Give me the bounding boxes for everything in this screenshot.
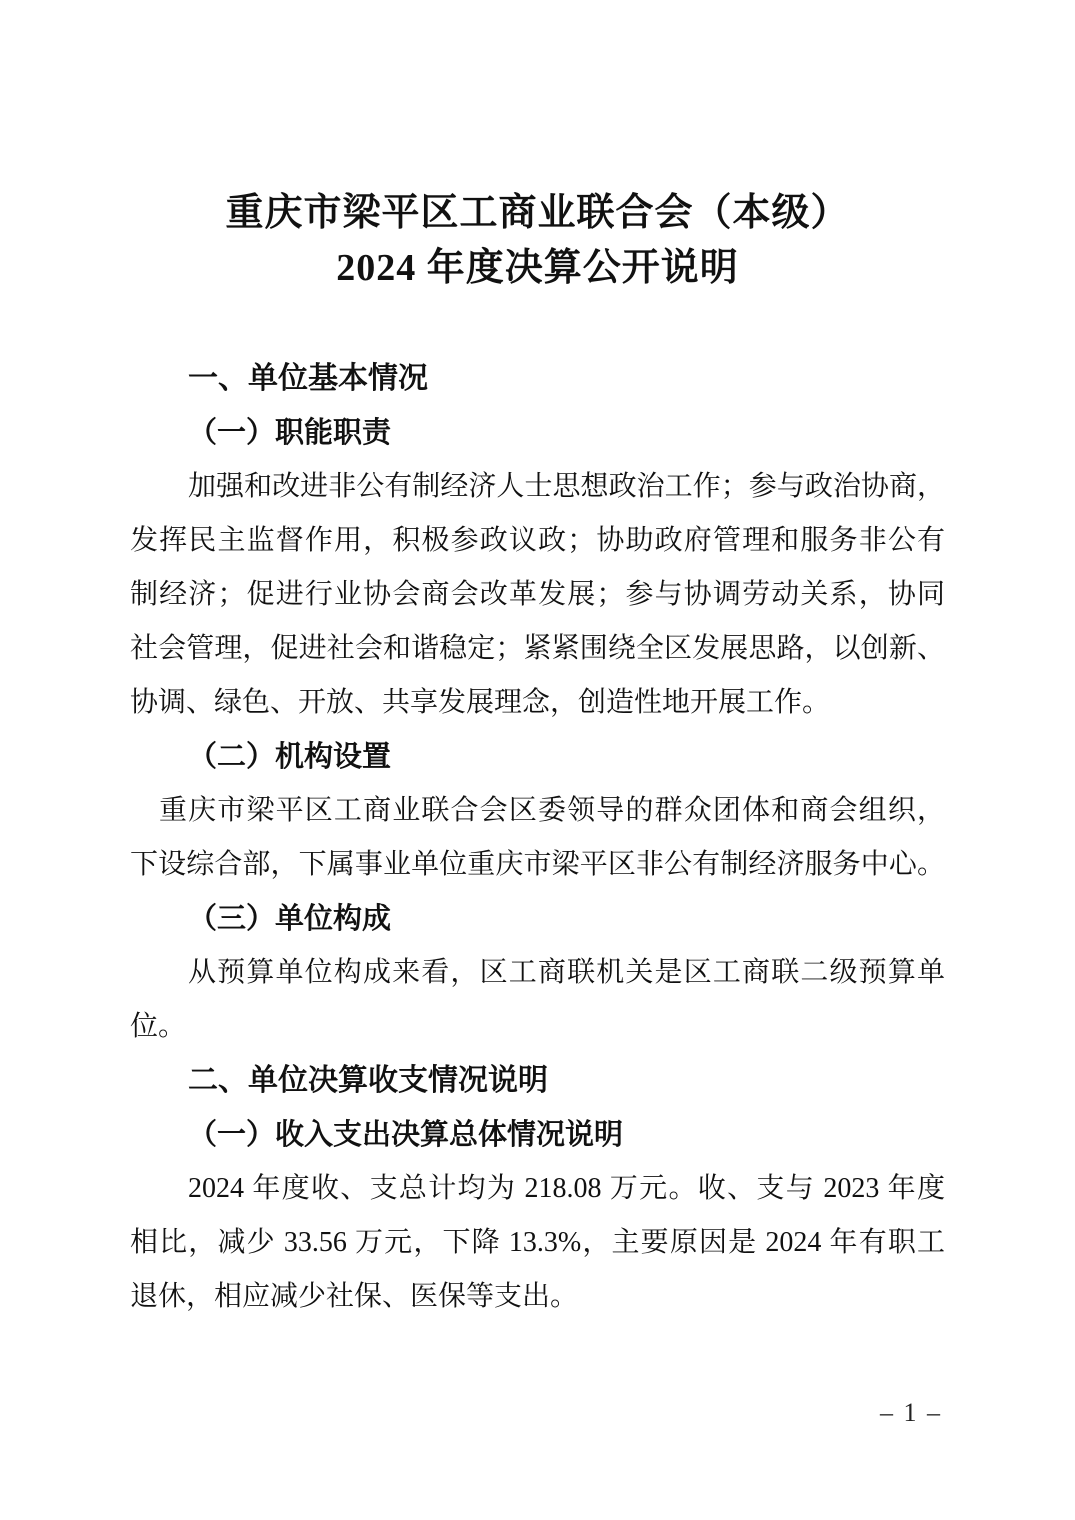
section-heading-2: 二、单位决算收支情况说明 bbox=[130, 1054, 945, 1108]
document-title: 重庆市梁平区工商业联合会（本级） 2024 年度决算公开说明 bbox=[0, 186, 1075, 296]
paragraph-line: 制经济；促进行业协会商会改革发展；参与协调劳动关系，协同 bbox=[130, 568, 945, 622]
paragraph-line: 退休，相应减少社保、医保等支出。 bbox=[130, 1270, 945, 1324]
paragraph-line: 从预算单位构成来看，区工商联机关是区工商联二级预算单 bbox=[130, 946, 945, 1000]
subsection-heading-2-1: （一）收入支出决算总体情况说明 bbox=[130, 1108, 945, 1162]
paragraph-line: 重庆市梁平区工商业联合会区委领导的群众团体和商会组织， bbox=[130, 784, 945, 838]
document-title-line-2: 2024 年度决算公开说明 bbox=[0, 241, 1075, 296]
document-body: 一、单位基本情况 （一）职能职责 加强和改进非公有制经济人士思想政治工作；参与政… bbox=[130, 352, 945, 1324]
paragraph-line: 下设综合部，下属事业单位重庆市梁平区非公有制经济服务中心。 bbox=[130, 838, 945, 892]
paragraph-line: 位。 bbox=[130, 1000, 945, 1054]
subsection-heading-1-3: （三）单位构成 bbox=[130, 892, 945, 946]
document-page: 重庆市梁平区工商业联合会（本级） 2024 年度决算公开说明 一、单位基本情况 … bbox=[0, 0, 1075, 1520]
section-heading-1: 一、单位基本情况 bbox=[130, 352, 945, 406]
subsection-heading-1-2: （二）机构设置 bbox=[130, 730, 945, 784]
document-title-line-1: 重庆市梁平区工商业联合会（本级） bbox=[0, 186, 1075, 241]
paragraph-line: 相比，减少 33.56 万元，下降 13.3%，主要原因是 2024 年有职工 bbox=[130, 1216, 945, 1270]
paragraph-line: 发挥民主监督作用，积极参政议政；协助政府管理和服务非公有 bbox=[130, 514, 945, 568]
paragraph-line: 协调、绿色、开放、共享发展理念，创造性地开展工作。 bbox=[130, 676, 945, 730]
paragraph-line: 加强和改进非公有制经济人士思想政治工作；参与政治协商， bbox=[130, 460, 945, 514]
paragraph-line: 社会管理，促进社会和谐稳定；紧紧围绕全区发展思路，以创新、 bbox=[130, 622, 945, 676]
page-number: – 1 – bbox=[880, 1398, 942, 1428]
paragraph-line: 2024 年度收、支总计均为 218.08 万元。收、支与 2023 年度 bbox=[130, 1162, 945, 1216]
subsection-heading-1-1: （一）职能职责 bbox=[130, 406, 945, 460]
